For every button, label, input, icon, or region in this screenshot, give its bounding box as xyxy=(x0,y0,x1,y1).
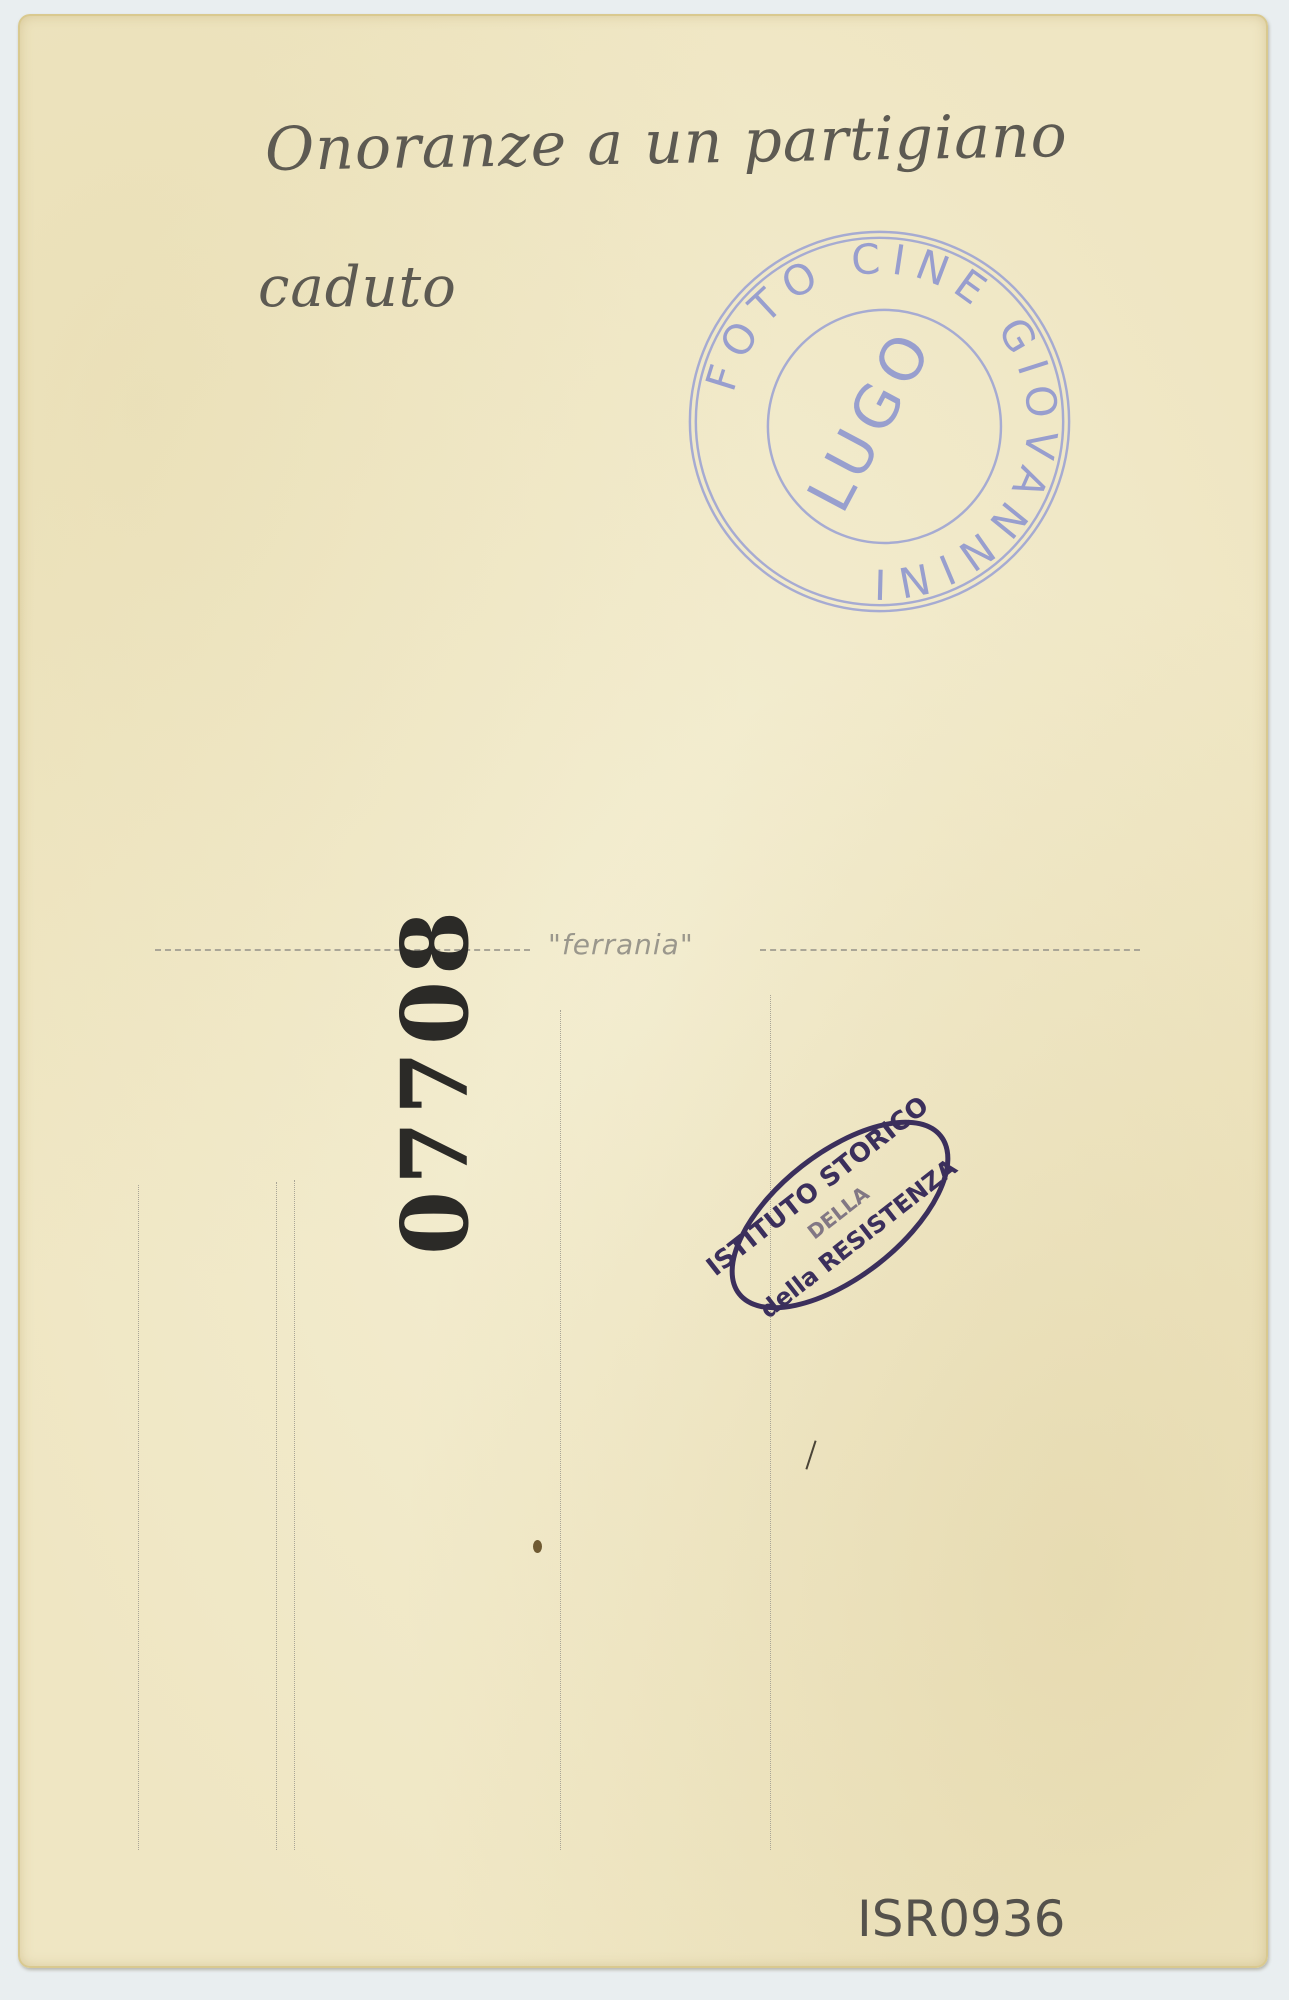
address-line xyxy=(276,1182,277,1850)
photographer-stamp: FOTO CINE GIOVANNINI LUGO xyxy=(682,224,1077,619)
ferrania-brand: "ferrania" xyxy=(548,928,694,961)
stamp-center-text: LUGO xyxy=(794,316,948,523)
address-line xyxy=(138,1185,139,1850)
stamped-serial-number: 07708 xyxy=(385,925,485,1255)
handwritten-caption-line1: Onoranze a un partigiano xyxy=(264,101,1068,185)
postcard-back xyxy=(18,14,1268,1968)
archive-code: ISR0936 xyxy=(857,1890,1065,1948)
archive-stamp: ISTITUTO STORICO DELLA della RESISTENZA xyxy=(700,1095,980,1335)
address-line xyxy=(294,1180,295,1850)
handwritten-caption-line2: caduto xyxy=(258,255,457,320)
divider-line-right xyxy=(760,949,1140,951)
address-line xyxy=(560,1010,561,1850)
stain-spot xyxy=(533,1540,542,1553)
